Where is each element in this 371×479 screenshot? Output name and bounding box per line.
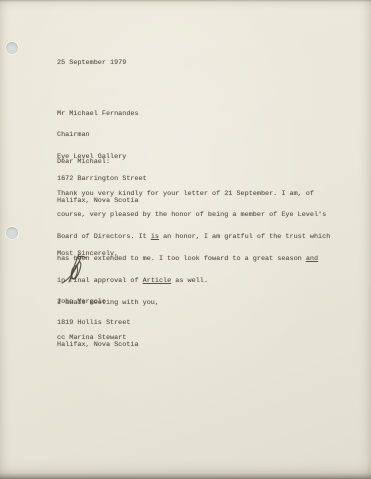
punch-hole-top-icon [6,42,18,54]
cc-line: cc Marina Stewart [57,335,126,342]
scan-edge-top [0,0,371,2]
sender-street: 1819 Hollis Street [57,320,139,327]
sender-city: Halifax, Nova Scotia [57,342,139,349]
punch-hole-bottom-icon [6,227,18,239]
recipient-name: Mr Michael Fernandes [57,111,147,118]
signature-icon [58,252,96,286]
sender-block: John Margolo 1819 Hollis Street Halifax,… [57,284,139,364]
body-line: course, very pleased by the honor of bei… [57,212,330,219]
scan-edge-bottom [0,473,371,479]
body-line: Board of Directors. It is an honor, I am… [57,234,330,241]
letter-page: 25 September 1979 Mr Michael Fernandes C… [0,0,371,479]
body-line: Thank you very kindly for your letter of… [57,191,330,198]
salutation: Dear Michael: [57,159,110,166]
date-line: 25 September 1979 [57,60,126,67]
sender-name: John Margolo [57,299,139,306]
recipient-title: Chairman [57,132,147,139]
